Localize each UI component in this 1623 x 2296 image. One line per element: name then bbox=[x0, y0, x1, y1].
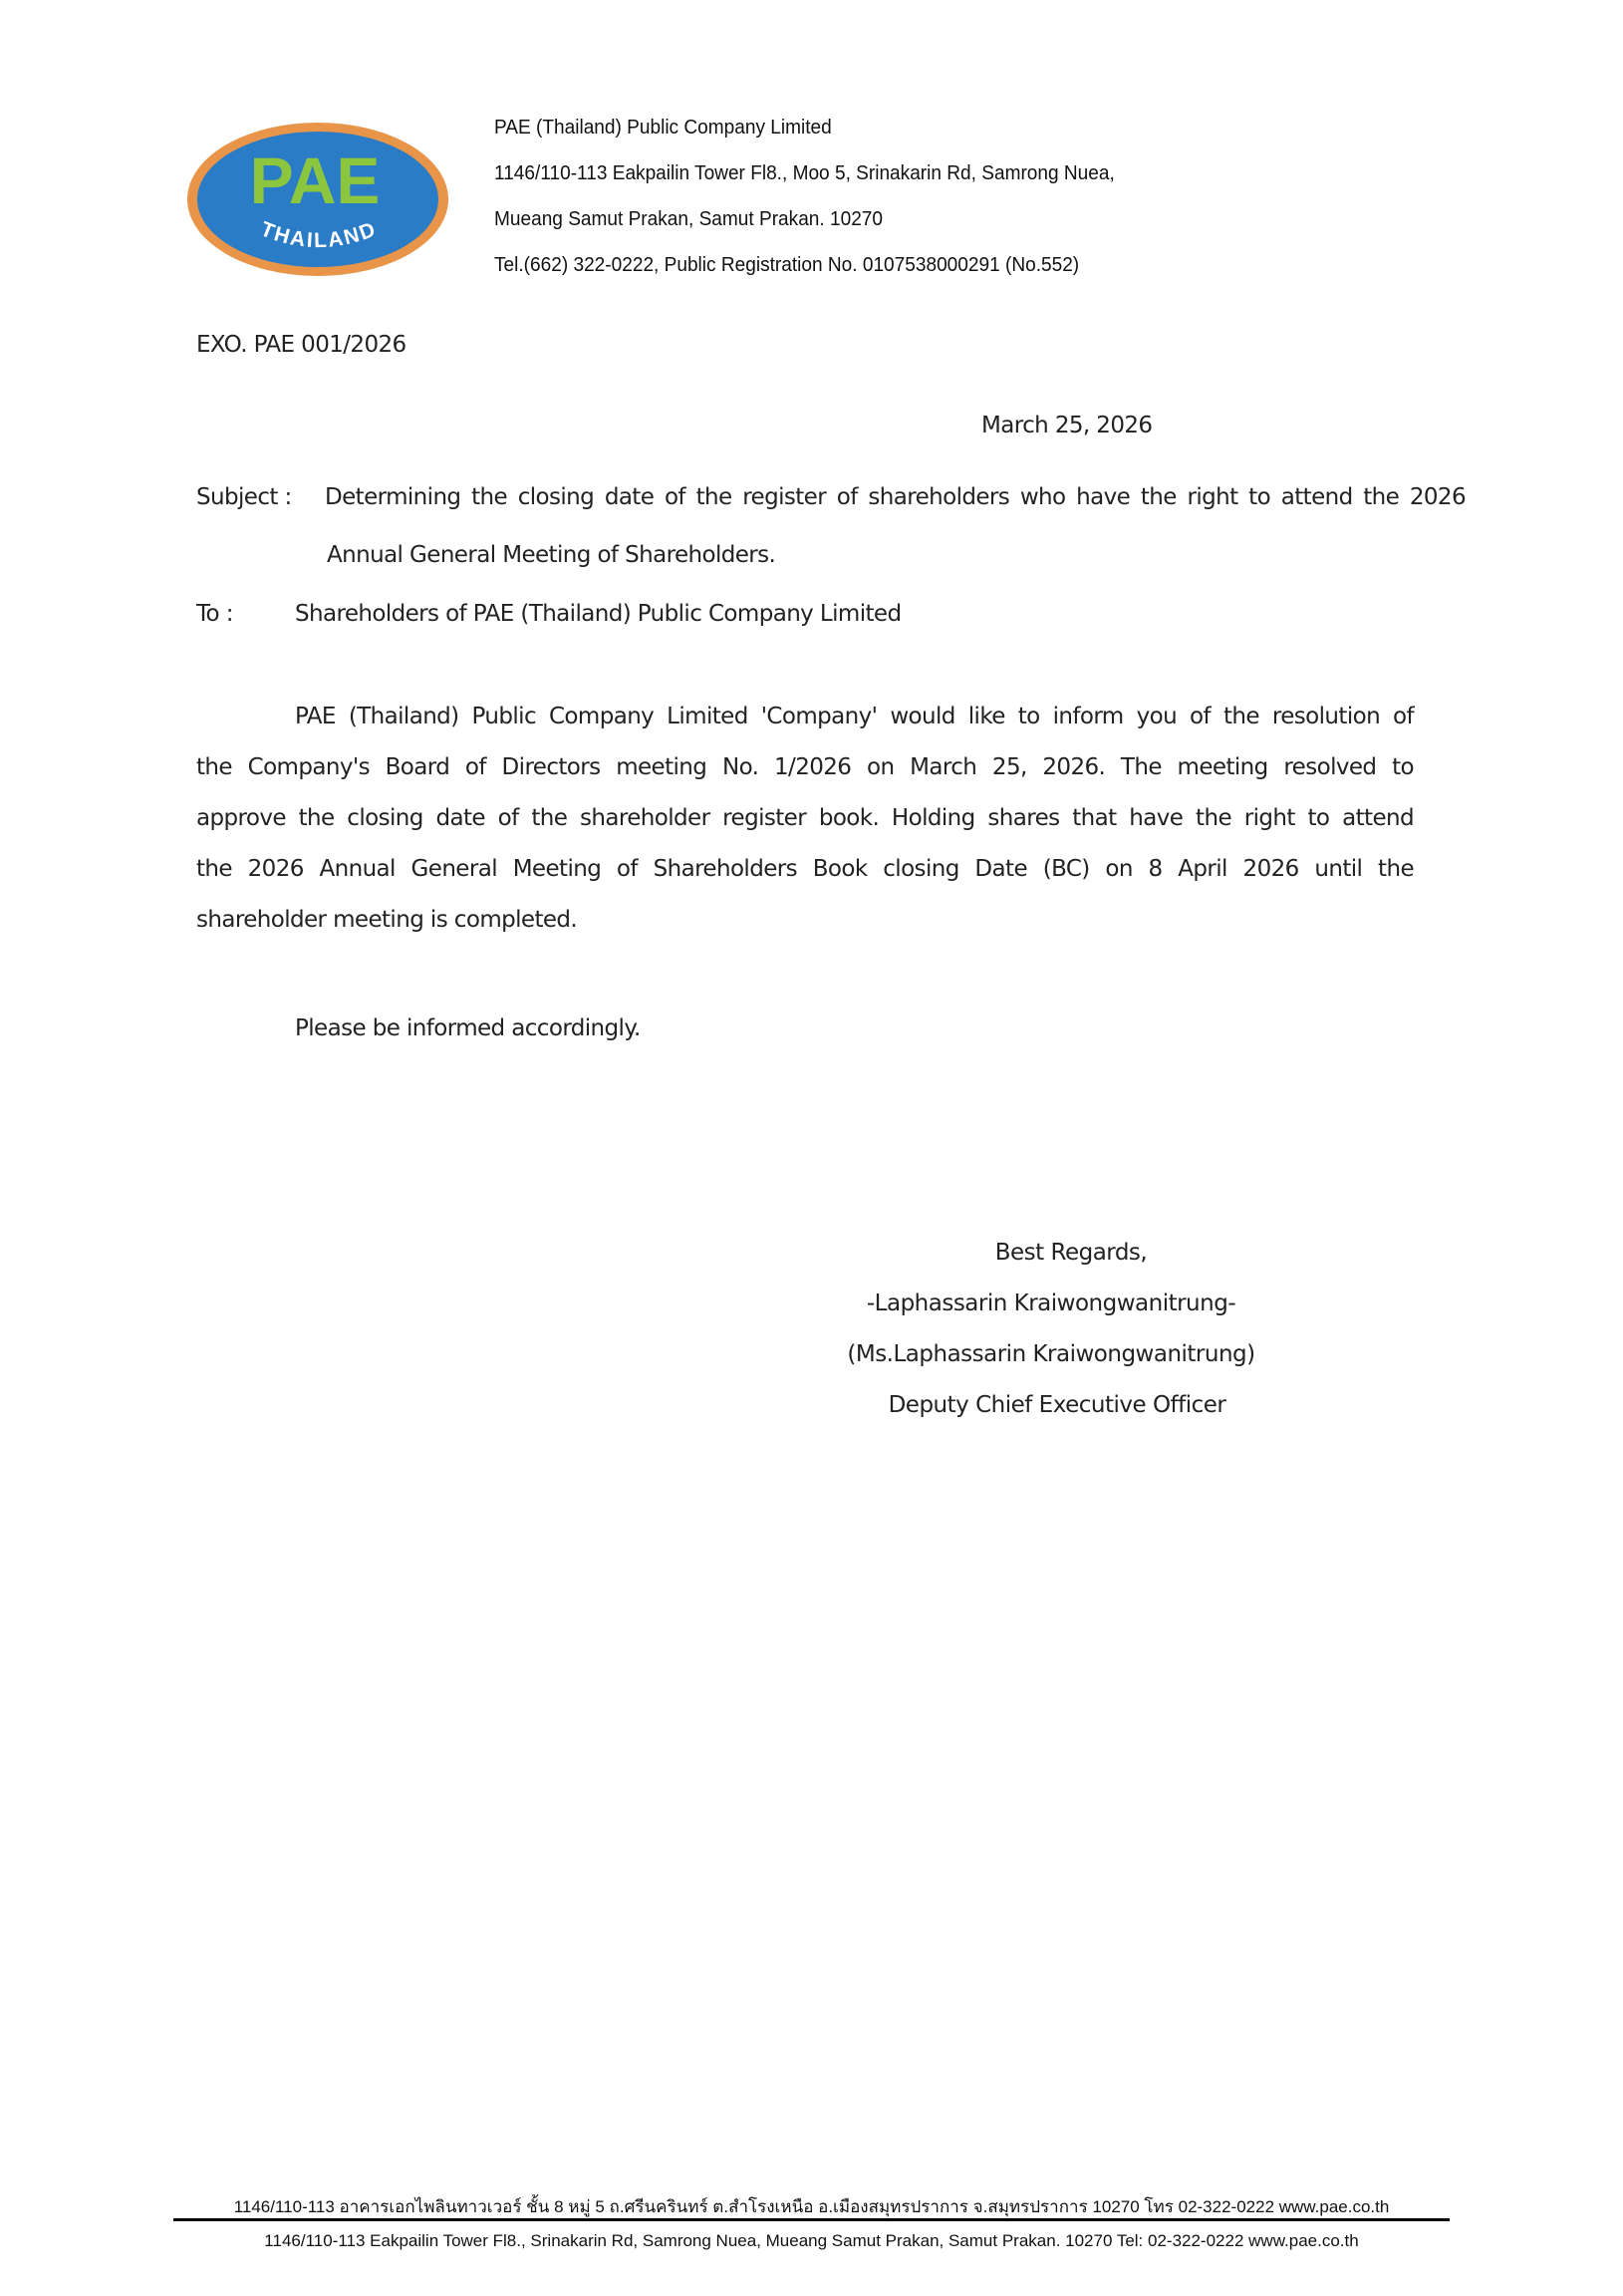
subject-line-2: Annual General Meeting of Shareholders. bbox=[327, 542, 775, 568]
signed-name: -Laphassarin Kraiwongwanitrung- bbox=[817, 1291, 1285, 1316]
body-line: the Company's Board of Directors meeting… bbox=[196, 754, 1414, 780]
address-line-1: 1146/110-113 Eakpailin Tower Fl8., Moo 5… bbox=[494, 161, 1115, 185]
salutation: Best Regards, bbox=[837, 1240, 1305, 1266]
pae-thailand-logo: PAE THAILAND bbox=[185, 121, 450, 278]
body-line: approve the closing date of the sharehol… bbox=[196, 805, 1414, 831]
reference-number: EXO. PAE 001/2026 bbox=[196, 332, 406, 358]
logo-main-text: PAE bbox=[250, 143, 381, 217]
body-line: shareholder meeting is completed. bbox=[196, 907, 1414, 933]
printed-name: (Ms.Laphassarin Kraiwongwanitrung) bbox=[817, 1341, 1285, 1367]
closing-remark: Please be informed accordingly. bbox=[295, 1015, 641, 1041]
footer-thai-address: 1146/110-113 อาคารเอกไพลินทาวเวอร์ ชั้น … bbox=[173, 2193, 1450, 2220]
footer-english-address: 1146/110-113 Eakpailin Tower Fl8., Srina… bbox=[173, 2231, 1450, 2251]
subject-line-1: Determining the closing date of the regi… bbox=[325, 484, 1466, 510]
signatory-title: Deputy Chief Executive Officer bbox=[823, 1392, 1291, 1418]
body-line: PAE (Thailand) Public Company Limited 'C… bbox=[295, 704, 1414, 729]
to-label: To : bbox=[196, 601, 233, 627]
footer-divider bbox=[173, 2218, 1450, 2221]
body-line: the 2026 Annual General Meeting of Share… bbox=[196, 856, 1414, 882]
address-line-2: Mueang Samut Prakan, Samut Prakan. 10270 bbox=[494, 207, 883, 231]
to-value: Shareholders of PAE (Thailand) Public Co… bbox=[295, 601, 901, 627]
company-name: PAE (Thailand) Public Company Limited bbox=[494, 116, 832, 140]
letter-date: March 25, 2026 bbox=[981, 413, 1152, 438]
subject-label: Subject : bbox=[196, 484, 292, 510]
contact-line: Tel.(662) 322-0222, Public Registration … bbox=[494, 253, 1079, 277]
